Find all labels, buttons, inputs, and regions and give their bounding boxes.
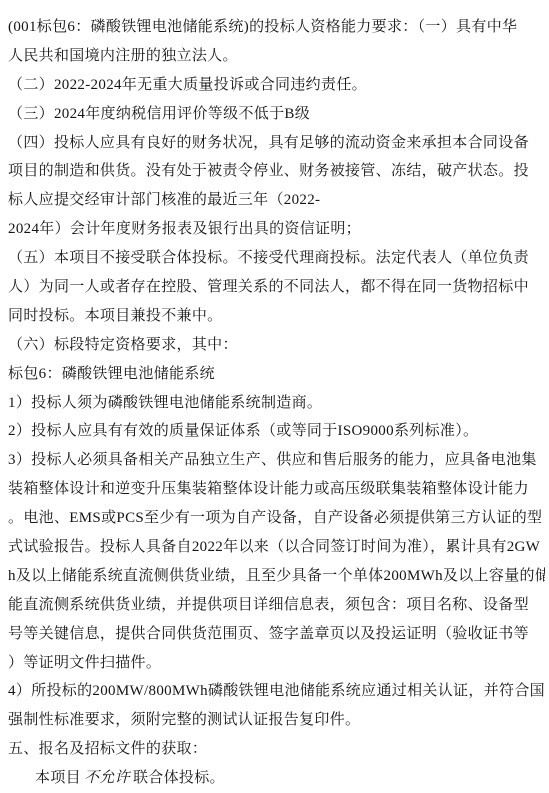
text-line: 人民共和国境内注册的独立法人。 xyxy=(8,42,545,71)
text-line: 标包6：磷酸铁锂电池储能系统 xyxy=(8,360,545,389)
text-line: （三）2024年度纳税信用评价等级不低于B级 xyxy=(8,100,545,129)
emphasis-not-allowed: 不允许 xyxy=(81,770,133,786)
text-line: 2）投标人应具有有效的质量保证体系（或等同于ISO9000系列标准）。 xyxy=(8,417,545,446)
text-line: (001标包6：磷酸铁锂电池储能系统)的投标人资格能力要求：（一）具有中华 xyxy=(8,13,545,42)
section-heading-line: 五、报名及招标文件的获取： xyxy=(8,735,545,764)
text-line: 2024年）会计年度财务报表及银行出具的资信证明； xyxy=(8,215,545,244)
text-line: （二）2022-2024年无重大质量投诉或合同违约责任。 xyxy=(8,71,545,100)
text-line: 。电池、EMS或PCS至少有一项为自产设备，自产设备必须提供第三方认证的型 xyxy=(8,504,545,533)
final-line-prefix: 本项目 xyxy=(35,770,81,786)
document-page: (001标包6：磷酸铁锂电池储能系统)的投标人资格能力要求：（一）具有中华 人民… xyxy=(0,0,549,793)
text-line: （五）本项目不接受联合体投标。不接受代理商投标。法定代表人（单位负责 xyxy=(8,244,545,273)
text-line: 4）所投标的200MW/800MWh磷酸铁锂电池储能系统应通过相关认证，并符合国… xyxy=(8,677,545,706)
final-line-suffix: 联合体投标。 xyxy=(133,770,225,786)
text-line: 同时投标。本项目兼投不兼中。 xyxy=(8,302,545,331)
text-line: 项目的制造和供货。没有处于被责令停业、财务被接管、冻结，破产状态。投 xyxy=(8,157,545,186)
text-line: ）等证明文件扫描件。 xyxy=(8,649,545,678)
final-statement-line: 本项目不允许联合体投标。 xyxy=(8,764,545,793)
text-line: 强制性标准要求，须附完整的测试认证报告复印件。 xyxy=(8,706,545,735)
text-line: 号等关键信息，提供合同供货范围页、签字盖章页以及投运证明（验收证书等 xyxy=(8,620,545,649)
text-line: 标人应提交经审计部门核准的最近三年（2022- xyxy=(8,186,545,215)
text-line: 能直流侧系统供货业绩，并提供项目详细信息表，须包含：项目名称、设备型 xyxy=(8,591,545,620)
text-line: 式试验报告。投标人具备自2022年以来（以合同签订时间为准），累计具有2GW xyxy=(8,533,545,562)
text-line: 人）为同一人或者存在控股、管理关系的不同法人，都不得在同一货物招标中 xyxy=(8,273,545,302)
text-line: （四）投标人应具有良好的财务状况，具有足够的流动资金来承担本合同设备 xyxy=(8,129,545,158)
text-line: h及以上储能系统直流侧供货业绩，且至少具备一个单体200MWh及以上容量的储 xyxy=(8,562,545,591)
text-line: 装箱整体设计和逆变升压集装箱整体设计能力或高压级联集装箱整体设计能力 xyxy=(8,475,545,504)
text-line: （六）标段特定资格要求，其中： xyxy=(8,331,545,360)
text-line: 3）投标人必须具备相关产品独立生产、供应和售后服务的能力，应具备电池集 xyxy=(8,446,545,475)
text-line: 1）投标人须为磷酸铁锂电池储能系统制造商。 xyxy=(8,389,545,418)
